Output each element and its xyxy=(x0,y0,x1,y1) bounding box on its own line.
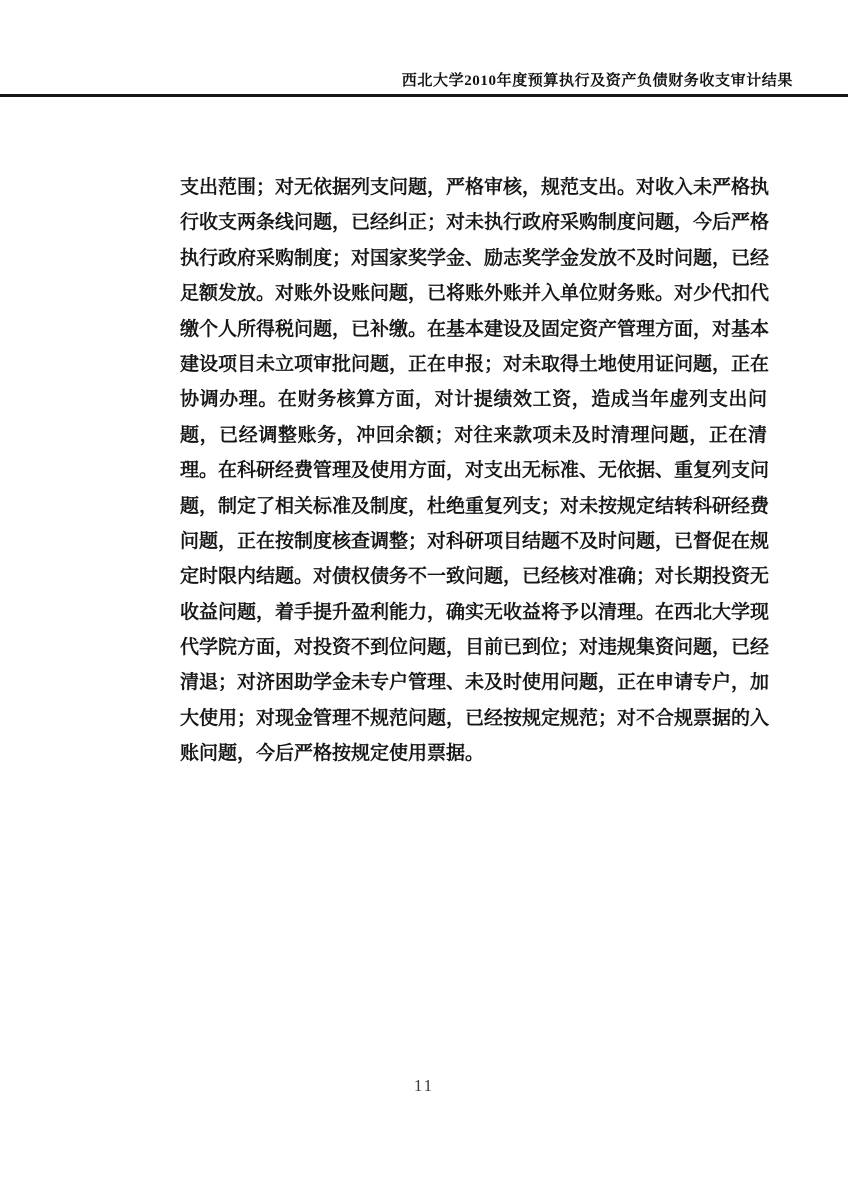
body-line: 代学院方面，对投资不到位问题，目前已到位；对违规集资问题，已经 xyxy=(180,630,767,665)
body-line: 缴个人所得税问题，已补缴。在基本建设及固定资产管理方面，对基本 xyxy=(180,312,767,347)
body-line: 协调办理。在财务核算方面，对计提绩效工资，造成当年虚列支出问 xyxy=(180,382,767,417)
running-header-title: 西北大学2010年度预算执行及资产负债财务收支审计结果 xyxy=(0,70,793,92)
body-line: 题，已经调整账务，冲回余额；对往来款项未及时清理问题，正在清 xyxy=(180,418,767,453)
body-paragraph: 支出范围；对无依据列支问题，严格审核，规范支出。对收入未严格执 行收支两条线问题… xyxy=(180,170,767,772)
page-number: 11 xyxy=(0,1076,848,1096)
body-line: 理。在科研经费管理及使用方面，对支出无标准、无依据、重复列支问 xyxy=(180,453,767,488)
body-line-last: 账问题，今后严格按规定使用票据。 xyxy=(180,736,767,771)
body-line: 收益问题，着手提升盈利能力，确实无收益将予以清理。在西北大学现 xyxy=(180,595,767,630)
body-line: 足额发放。对账外设账问题，已将账外账并入单位财务账。对少代扣代 xyxy=(180,276,767,311)
body-line: 清退；对济困助学金未专户管理、未及时使用问题，正在申请专户，加 xyxy=(180,665,767,700)
body-line: 大使用；对现金管理不规范问题，已经按规定规范；对不合规票据的入 xyxy=(180,701,767,736)
body-line: 问题，正在按制度核查调整；对科研项目结题不及时问题，已督促在规 xyxy=(180,524,767,559)
body-line: 行收支两条线问题，已经纠正；对未执行政府采购制度问题，今后严格 xyxy=(180,205,767,240)
body-line: 定时限内结题。对债权债务不一致问题，已经核对准确；对长期投资无 xyxy=(180,559,767,594)
body-line: 题，制定了相关标准及制度，杜绝重复列支；对未按规定结转科研经费 xyxy=(180,489,767,524)
body-line: 支出范围；对无依据列支问题，严格审核，规范支出。对收入未严格执 xyxy=(180,170,767,205)
document-page: 西北大学2010年度预算执行及资产负债财务收支审计结果 支出范围；对无依据列支问… xyxy=(0,0,848,1200)
header-rule xyxy=(0,94,848,97)
body-line: 执行政府采购制度；对国家奖学金、励志奖学金发放不及时问题，已经 xyxy=(180,241,767,276)
body-line: 建设项目未立项审批问题，正在申报；对未取得土地使用证问题，正在 xyxy=(180,347,767,382)
